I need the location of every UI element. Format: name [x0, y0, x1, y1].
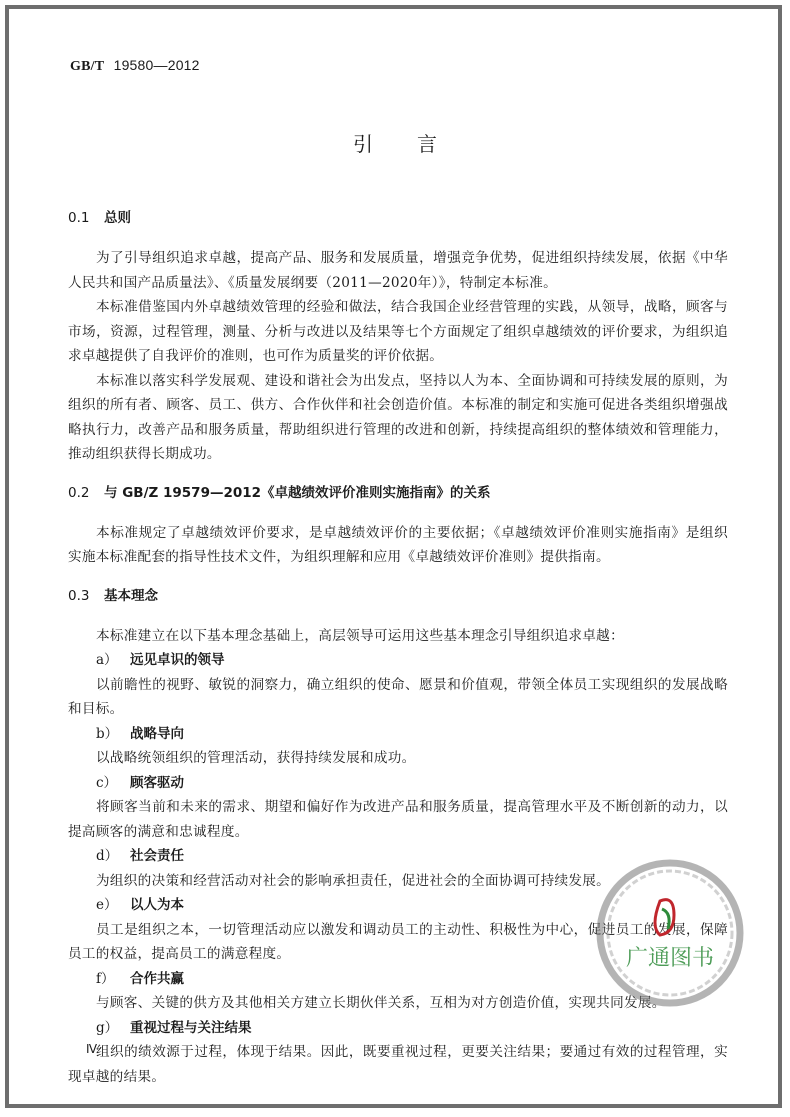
paragraph: 本标准规定了卓越绩效评价要求，是卓越绩效评价的主要依据；《卓越绩效评价准则实施指… — [68, 521, 728, 570]
list-item-text: 以战略统领组织的管理活动，获得持续发展和成功。 — [68, 746, 728, 771]
paragraph: 本标准借鉴国内外卓越绩效管理的经验和做法，结合我国企业经营管理的实践，从领导，战… — [68, 295, 728, 369]
watermark-text: 广通图书 — [626, 946, 714, 971]
list-item-text: 组织的绩效源于过程，体现于结果。因此，既要重视过程，更要关注结果；要通过有效的过… — [68, 1040, 728, 1089]
standard-number: GB/T 19580—2012 — [70, 57, 200, 75]
document-page: GB/T 19580—2012 引言 0.1总则 为了引导组织追求卓越，提高产品… — [0, 0, 790, 1117]
page-title: 引言 — [0, 128, 790, 157]
list-item-text: 以前瞻性的视野、敏锐的洞察力，确立组织的使命、愿景和价值观，带领全体员工实现组织… — [68, 673, 728, 722]
list-item-text: 将顾客当前和未来的需求、期望和偏好作为改进产品和服务质量，提高管理水平及不断创新… — [68, 795, 728, 844]
list-item-title: a）远见卓识的领导 — [68, 648, 728, 673]
section-heading-0-2: 0.2与 GB/Z 19579—2012《卓越绩效评价准则实施指南》的关系 — [68, 481, 728, 501]
page-number: Ⅳ — [86, 1042, 97, 1057]
paragraph: 为了引导组织追求卓越，提高产品、服务和发展质量，增强竞争优势，促进组织持续发展，… — [68, 246, 728, 295]
standard-prefix: GB/T — [70, 59, 104, 74]
list-item-title: g）重视过程与关注结果 — [68, 1016, 728, 1041]
section-heading-0-1: 0.1总则 — [68, 206, 728, 226]
list-item-title: c）顾客驱动 — [68, 771, 728, 796]
paragraph: 本标准建立在以下基本理念基础上，高层领导可运用这些基本理念引导组织追求卓越： — [68, 624, 728, 649]
list-item-title: b）战略导向 — [68, 722, 728, 747]
watermark-stamp-icon: 广通图书 — [590, 853, 750, 1013]
section-heading-0-3: 0.3基本理念 — [68, 584, 728, 604]
standard-code: 19580—2012 — [114, 57, 200, 73]
paragraph: 本标准以落实科学发展观、建设和谐社会为出发点，坚持以人为本、全面协调和可持续发展… — [68, 369, 728, 467]
